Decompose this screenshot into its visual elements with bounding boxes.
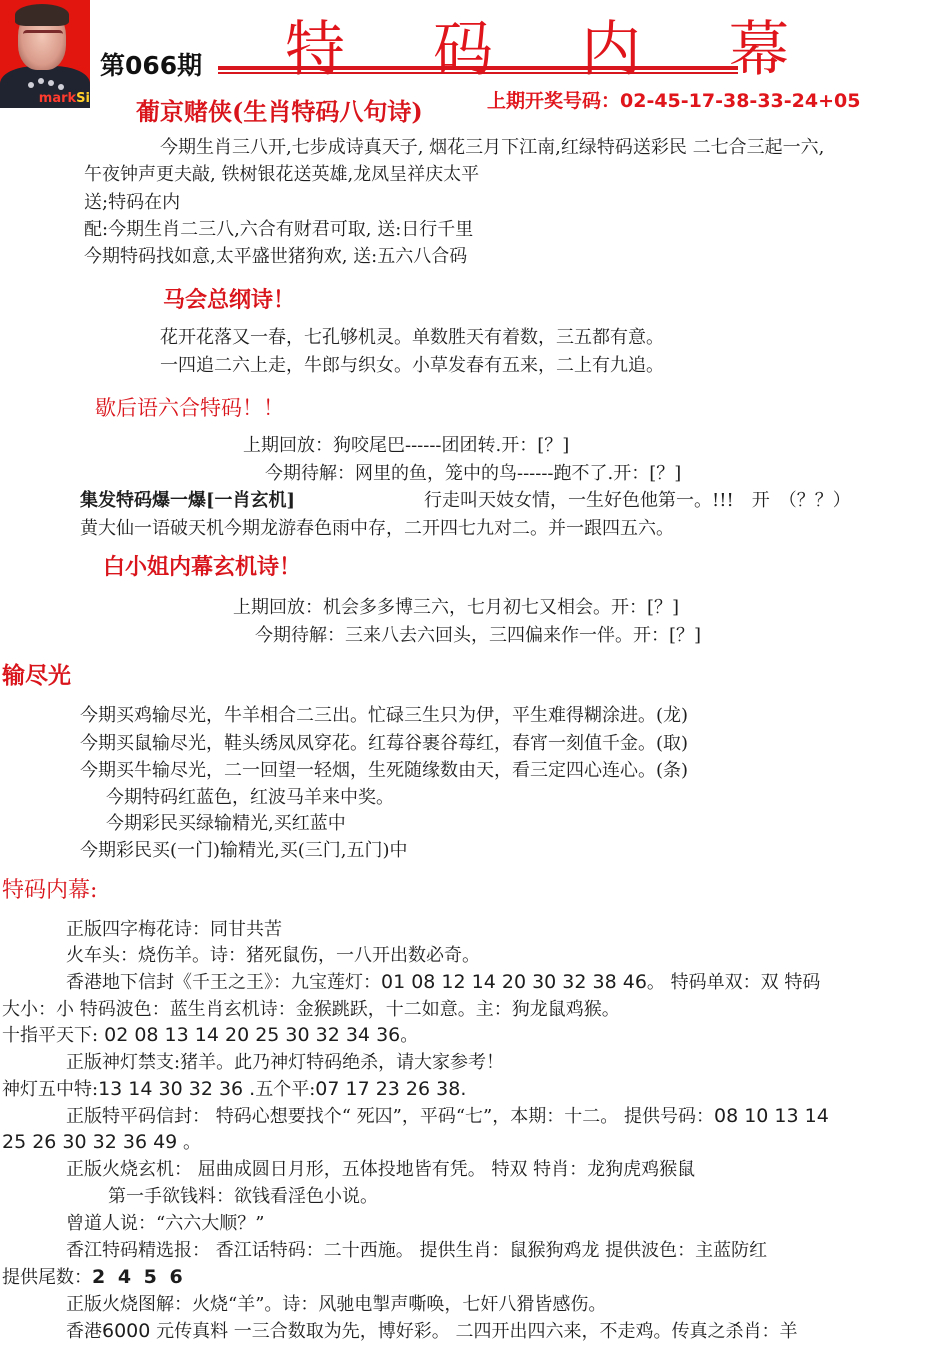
number-list: 25 26 30 32 36 49: [2, 1131, 177, 1153]
poem-line: 今期买牛输尽光，二一回望一轻烟，生死随缘数由天，看三定四心连心。(条): [80, 756, 688, 782]
title-char: 码: [433, 2, 581, 88]
info-line: 提供尾数：2 4 5 6: [2, 1263, 186, 1289]
poem-line: 今期买鼠输尽光，鞋头绣凤凤穿花。红莓谷裹谷莓红，春宵一刻值千金。(取): [80, 729, 688, 755]
number-list: 02 08 13 14 20 25 30 32 34 36: [98, 1024, 400, 1046]
section-title-shujinguang: 输尽光: [2, 657, 71, 690]
info-line: 正版四字梅花诗：同甘共苦: [66, 915, 282, 941]
poem-line: 一四追二六上走，牛郎与织女。小草发春有五来，二上有九追。: [160, 351, 664, 377]
info-line: 香港地下信封《千王之王》：九宝莲灯：01 08 12 14 20 30 32 3…: [66, 968, 820, 994]
info-line: 曾道人说：“六六大顺？”: [66, 1209, 264, 1235]
title-underline: [218, 72, 738, 74]
poem-line: 花开花落又一春，七孔够机灵。单数胜天有着数，三五都有意。: [160, 323, 664, 349]
section-title-mahui: 马会总纲诗！: [163, 283, 295, 314]
section-title-pujing: 葡京赌侠(生肖特码八句诗): [136, 92, 423, 127]
riddle-line: 今期待解：三来八去六回头，三四偏来作一伴。开：[？]: [255, 621, 701, 647]
huangdaxian-line: 黄大仙一语破天机今期龙游春色雨中存，二开四七九对二。并一跟四五六。: [80, 514, 674, 540]
riddle-line: 今期待解：网里的鱼，笼中的鸟------跑不了.开：[？]: [265, 459, 681, 485]
poem-line: 今期特码找如意,太平盛世猪狗欢, 送:五六八合码: [84, 242, 467, 268]
poem-line: 今期特码红蓝色，红波马羊来中奖。: [106, 783, 394, 809]
info-line: 香江特码精选报： 香江话特码：二十西施。 提供生肖：鼠猴狗鸡龙 提供波色：主蓝防…: [66, 1236, 767, 1262]
riddle-line: 上期回放：狗咬尾巴------团团转.开：[？]: [243, 431, 569, 457]
poem-line: 今期彩民买(一门)输精光,买(三门,五门)中: [80, 836, 408, 862]
page-title: 特码内幕: [285, 2, 877, 88]
poem-line: 今期生肖三八开,七步成诗真天子, 烟花三月下江南,红绿特码送彩民 二七合三起一六…: [160, 133, 824, 159]
section-title-temaneimu: 特码内幕:: [2, 873, 97, 904]
poem-line: 今期彩民买绿输精光,买红蓝中: [106, 809, 346, 835]
info-line: 火车头：烧伤羊。诗：猪死鼠伤，一八开出数必奇。: [66, 941, 480, 967]
avatar-brand: markSi: [2, 91, 90, 106]
poem-line: 午夜钟声更夫敲, 铁树银花送英雄,龙凤呈祥庆太平: [84, 160, 479, 186]
info-line: 第一手欲钱料：欲钱看淫色小说。: [108, 1182, 378, 1208]
number-list: 13 14 30 32 36 .: [98, 1078, 255, 1100]
avatar: markSi: [0, 0, 90, 108]
avatar-hair: [15, 4, 69, 26]
jifa-text: 行走叫天妓女情，一生好色他第一。!!! 开 （？？）: [424, 486, 851, 512]
title-char: 特: [285, 2, 433, 88]
info-line: 十指平天下: 02 08 13 14 20 25 30 32 34 36。: [2, 1021, 418, 1047]
section-title-xiehouyu: 歇后语六合特码！！: [95, 392, 284, 422]
riddle-line: 上期回放：机会多多博三六，七月初七又相会。开：[？]: [233, 593, 679, 619]
number-list: 01 08 12 14 20 30 32 38 46: [381, 971, 647, 993]
avatar-glasses: [23, 30, 63, 43]
number-list: 2 4 5 6: [92, 1266, 186, 1288]
issue-number: 第066期: [100, 46, 202, 82]
avatar-decoration: [28, 78, 68, 92]
title-char: 幕: [729, 2, 877, 88]
info-line: 正版特平码信封： 特码心想要找个“ 死囚”，平码“七”，本期：十二。 提供号码：…: [66, 1102, 829, 1128]
last-draw-result: 上期开奖号码：02-45-17-38-33-24+05: [487, 86, 860, 113]
title-underline: [218, 66, 738, 70]
poem-line: 今期买鸡输尽光，牛羊相合二三出。忙碌三生只为伊，平生难得糊涂进。(龙): [80, 701, 688, 727]
title-char: 内: [581, 2, 729, 88]
number-list: 07 17 23 26 38.: [315, 1078, 466, 1100]
poem-line: 配:今期生肖二三八,六合有财君可取, 送:日行千里: [84, 215, 473, 241]
info-line: 正版火烧图解：火烧“羊”。诗：风驰电掣声嘶唤，七奸八猾皆感伤。: [66, 1290, 606, 1316]
number-list: 08 10 13 14: [714, 1105, 829, 1127]
info-line: 大小：小 特码波色：蓝生肖玄机诗：金猴跳跃，十二如意。主：狗龙鼠鸡猴。: [2, 995, 620, 1021]
number-list: 6000: [102, 1320, 150, 1342]
info-line: 正版神灯禁支:猪羊。此乃神灯特码绝杀，请大家参考！: [66, 1048, 504, 1074]
info-line: 神灯五中特:13 14 30 32 36 .五个平:07 17 23 26 38…: [2, 1075, 466, 1101]
info-line: 正版火烧玄机： 屈曲成圆日月形，五体投地皆有凭。 特双 特肖：龙狗虎鸡猴鼠: [66, 1155, 695, 1181]
section-title-baixiaojie: 白小姐内幕玄机诗！: [103, 550, 301, 581]
info-line: 25 26 30 32 36 49 。: [2, 1128, 201, 1154]
jifa-label: 集发特码爆一爆[一肖玄机]: [80, 486, 295, 512]
poem-line: 送;特码在内: [84, 188, 180, 214]
info-line: 香港6000 元传真料 一三合数取为先，博好彩。 二四开出四六来，不走鸡。传真之…: [66, 1317, 798, 1343]
